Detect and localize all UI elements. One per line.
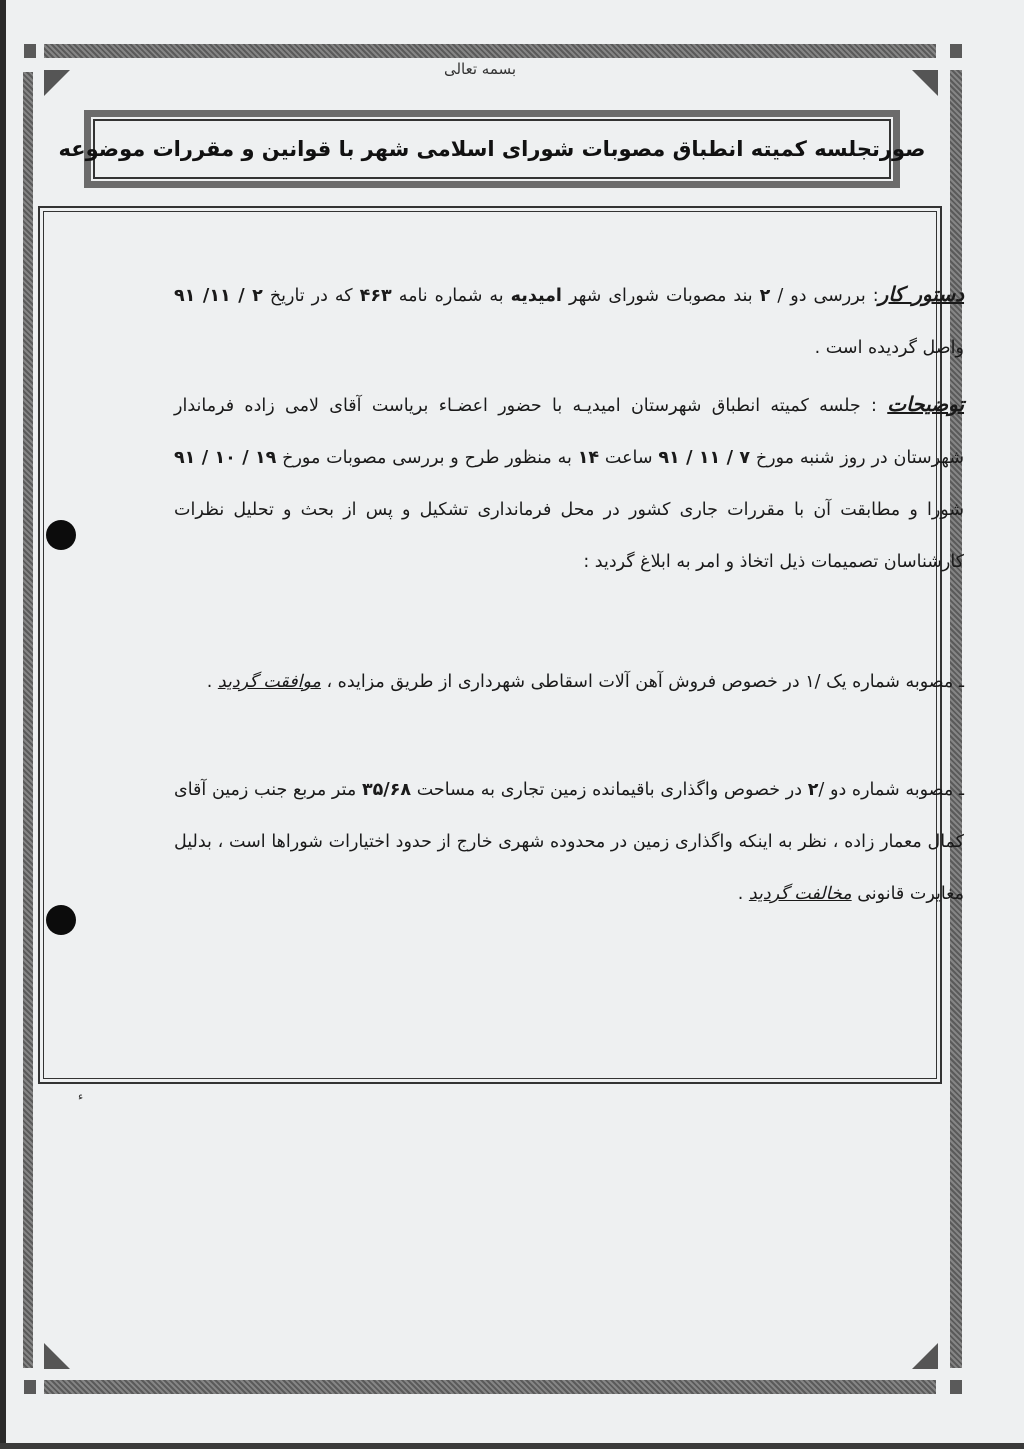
resolution-end: . [207, 672, 218, 692]
resolution-text: ـ مصوبه شماره یک /۱ در خصوص فروش آهن آلا… [321, 672, 964, 692]
frame-border-bottom [44, 1380, 936, 1394]
description-text: ساعت [599, 448, 658, 468]
agenda-count: ۲ [760, 286, 771, 306]
document-header: بسمه تعالی [0, 60, 960, 78]
resolution-text: ـ مصوبه شماره دو / [818, 780, 964, 800]
title-box: صورتجلسه کمیته انطباق مصوبات شورای اسلام… [84, 110, 900, 188]
corner-triangle-icon [912, 1343, 938, 1369]
agenda-text: بند مصوبات شورای شهر [562, 286, 760, 306]
description-colon: : [861, 396, 888, 416]
agenda-colon: : [866, 286, 879, 306]
agenda-section: دستور کار: بررسی دو / ۲ بند مصوبات شورای… [174, 268, 964, 374]
resolutions-date: ۱۹ / ۱۰ / ۹۱ [174, 448, 276, 468]
frame-corner-square [950, 44, 962, 58]
resolution-text: در خصوص واگذاری باقیمانده زمین تجاری به … [411, 780, 808, 800]
agenda-text: به شماره نامه [392, 286, 511, 306]
frame-border-right [950, 70, 962, 1368]
scan-edge [0, 0, 6, 1449]
scan-edge [0, 1443, 1024, 1449]
frame-border-left [23, 72, 33, 1368]
agenda-text: که در تاریخ [263, 286, 360, 306]
meeting-hour: ۱۴ [578, 448, 599, 468]
punch-hole [46, 520, 76, 550]
resolution-decision: مخالفت گردید [749, 884, 852, 904]
resolution-decision: موافقت گردید [218, 672, 321, 692]
letter-number: ۴۶۳ [360, 286, 392, 306]
title-box-inner: صورتجلسه کمیته انطباق مصوبات شورای اسلام… [93, 119, 891, 179]
agenda-text: بررسی دو / [770, 286, 865, 306]
frame-corner-square [24, 44, 36, 58]
scan-mark: ء [78, 1090, 83, 1103]
description-section: توضیحات : جلسه کمیته انطباق شهرستان امید… [174, 378, 964, 588]
resolution-1: ـ مصوبه شماره یک /۱ در خصوص فروش آهن آلا… [174, 656, 964, 708]
city-name: امیدیه [511, 286, 562, 306]
agenda-label: دستور کار [879, 282, 964, 306]
agenda-text: واصل گردیده است . [815, 338, 964, 358]
letter-date: ۲ / ۱۱/ ۹۱ [174, 286, 263, 306]
corner-triangle-icon [44, 1343, 70, 1369]
meeting-date: ۷ / ۱۱ / ۹۱ [658, 448, 750, 468]
punch-hole [46, 905, 76, 935]
description-label: توضیحات [887, 392, 964, 416]
description-text: شورا و مطابقت آن با مقررات جاری کشور در … [174, 500, 964, 572]
description-text: به منظور طرح و بررسی مصوبات مورخ [276, 448, 577, 468]
resolution-end: . [738, 884, 749, 904]
frame-corner-square [950, 1380, 962, 1394]
resolution-2: ـ مصوبه شماره دو /۲ در خصوص واگذاری باقی… [174, 764, 964, 920]
frame-corner-square [24, 1380, 36, 1394]
frame-border-top [44, 44, 936, 58]
resolution-number: ۲ [808, 780, 819, 800]
document-title: صورتجلسه کمیته انطباق مصوبات شورای اسلام… [59, 137, 926, 161]
land-area: ۳۵/۶۸ [362, 780, 411, 800]
